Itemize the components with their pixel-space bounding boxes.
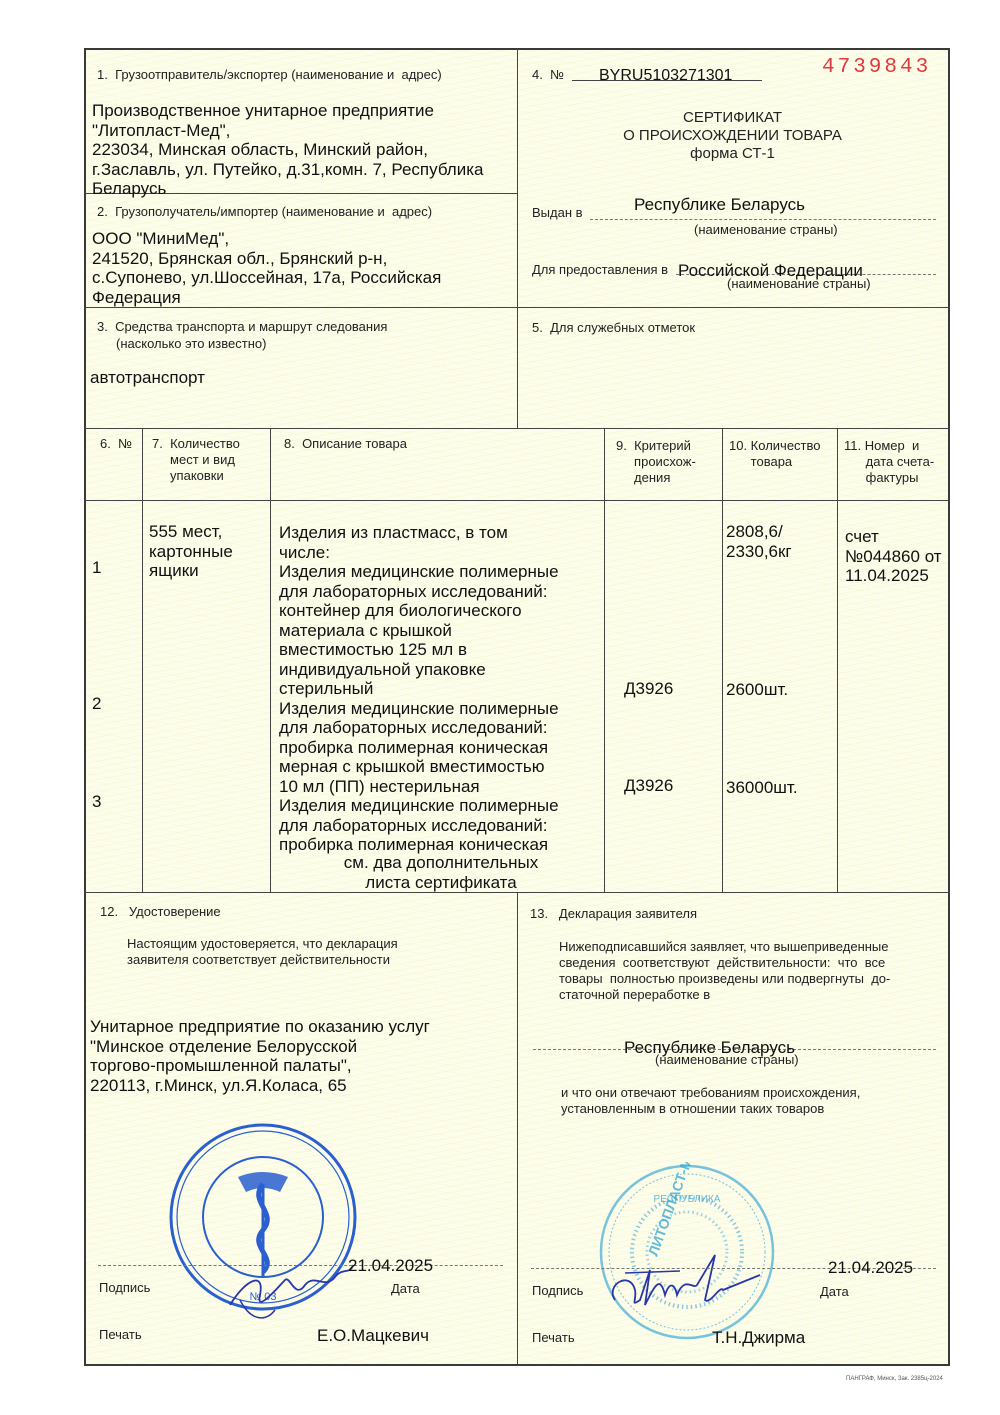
field12-seal-label: Печать (99, 1327, 142, 1343)
field4-label: 4. № (532, 67, 564, 83)
col-divider-10-11 (837, 428, 838, 892)
printer-note: ПАНГРАФ, Минск, Зак. 2385ц-2024 (846, 1376, 943, 1382)
col9-header: 9. Критерий происхож- дения (616, 438, 696, 486)
field12-date: 21.04.2025 (348, 1256, 433, 1276)
field13-date-label: Дата (820, 1284, 849, 1300)
divider-bottom-vertical (517, 892, 518, 1366)
for-submission-label: Для предоставления в (532, 262, 668, 278)
serial-number: 4739843 (822, 56, 931, 79)
field13-country-hint: (наименование страны) (655, 1052, 799, 1068)
row-number-1: 1 (92, 558, 101, 578)
issued-in-value: Республике Беларусь (634, 195, 805, 215)
field3-label-1: 3. Средства транспорта и маршрут следова… (97, 319, 387, 335)
field13-signature-label: Подпись (532, 1283, 583, 1299)
field13-date: 21.04.2025 (828, 1258, 913, 1278)
row-number-2: 2 (92, 694, 101, 714)
field12-label: 12. Удостоверение (100, 904, 221, 920)
weight-value: 2808,6/ 2330,6кг (726, 522, 792, 561)
quantity-2: 2600шт. (726, 680, 788, 700)
goods-description: Изделия из пластмасс, в том числе: Издел… (279, 523, 559, 855)
certificate-title-3: форма СТ-1 (560, 145, 905, 163)
field12-signature-line (98, 1265, 503, 1266)
col-divider-7-8 (270, 428, 271, 892)
field13-label: 13. Декларация заявителя (530, 906, 697, 922)
field12-organization: Унитарное предприятие по оказанию услуг … (90, 1017, 430, 1095)
quantity-3: 36000шт. (726, 778, 798, 798)
row-number-3: 3 (92, 792, 101, 812)
divider-table-header (84, 500, 950, 501)
invoice-value: счет №044860 от 11.04.2025 (845, 527, 942, 586)
field13-signer: Т.Н.Джирма (712, 1328, 805, 1348)
field13-text: Нижеподписавшийся заявляет, что вышеприв… (559, 939, 890, 1003)
field3-label-2: (насколько это известно) (116, 336, 266, 352)
field13-text2: и что они отвечают требованиям происхожд… (561, 1085, 860, 1117)
field12-date-label: Дата (391, 1281, 420, 1297)
certificate-title-2: О ПРОИСХОЖДЕНИИ ТОВАРА (560, 127, 905, 145)
col-divider-8-9 (604, 428, 605, 892)
field5-label: 5. Для служебных отметок (532, 320, 695, 336)
field12-signer: Е.О.Мацкевич (317, 1326, 429, 1346)
country-hint-2: (наименование страны) (727, 276, 871, 292)
country-hint-1: (наименование страны) (694, 222, 838, 238)
signature-13-icon (605, 1245, 765, 1320)
criteria-3: Д3926 (624, 776, 673, 796)
goods-description-continued: см. два дополнительных листа сертификата (280, 853, 602, 892)
field1-label: 1. Грузоотправитель/экспортер (наименова… (97, 67, 442, 83)
field1-value: Производственное унитарное предприятие "… (92, 101, 483, 199)
field3-value: автотранспорт (90, 368, 205, 388)
field2-label: 2. Грузополучатель/импортер (наименовани… (97, 204, 432, 220)
field12-text: Настоящим удостоверяется, что декларация… (127, 936, 398, 968)
issued-in-underline (590, 219, 936, 220)
field2-value: ООО "МиниМед", 241520, Брянская обл., Бр… (92, 229, 441, 307)
col7-header: 7. Количество мест и вид упаковки (152, 436, 240, 484)
divider-top-vertical (517, 48, 518, 428)
col6-header: 6. № (100, 436, 132, 452)
col-divider-6-7 (142, 428, 143, 892)
issued-in-label: Выдан в (532, 205, 583, 221)
col-divider-9-10 (722, 428, 723, 892)
packages-value: 555 мест, картонные ящики (149, 522, 233, 581)
criteria-2: Д3926 (624, 679, 673, 699)
field13-seal-label: Печать (532, 1330, 575, 1346)
col10-header: 10. Количество товара (729, 438, 821, 470)
col8-header: 8. Описание товара (284, 436, 407, 452)
divider-row2 (84, 307, 950, 308)
divider-row3 (84, 428, 950, 429)
certificate-number: BYRU5103271301 (599, 66, 732, 86)
field12-signature-label: Подпись (99, 1280, 150, 1296)
certificate-title-1: СЕРТИФИКАТ (560, 109, 905, 127)
col11-header: 11. Номер и дата счета- фактуры (844, 438, 934, 486)
